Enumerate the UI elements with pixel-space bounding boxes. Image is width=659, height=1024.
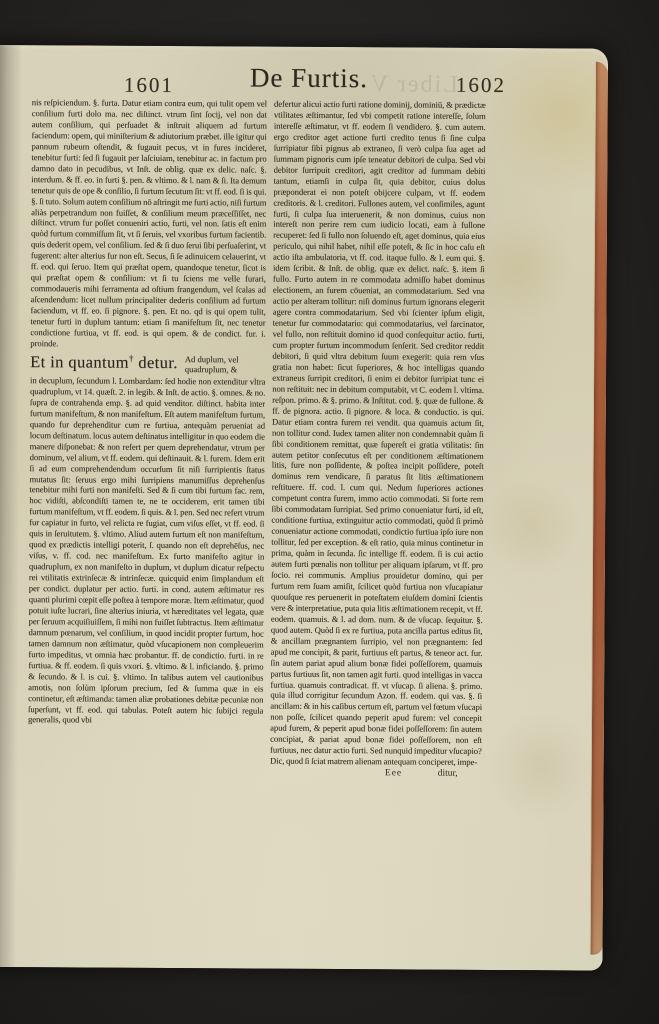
book-photo: Liber V 1601 De Furtis. 1602 nis reſpici… [0, 0, 659, 1024]
left-column-paragraph-2: in decuplum, ſecundum l. Lombardam: ſed … [28, 375, 265, 727]
catchword: ditur, [438, 769, 458, 779]
signature-mark: Eee [385, 768, 402, 778]
gutter-shadow [0, 45, 22, 967]
book-fore-edge [590, 62, 608, 955]
signature-line: Eee ditur, [270, 768, 482, 783]
page-number-left: 1601 [124, 73, 174, 98]
section-heading: Et in quantum† detur. [30, 352, 178, 373]
right-column-paragraph: defertur alicui actio furti ratione domi… [270, 99, 486, 768]
section-heading-text-2: detur. [134, 353, 178, 372]
page-scan: Liber V 1601 De Furtis. 1602 nis reſpici… [0, 45, 608, 971]
section-heading-row: 6 Et in quantum† detur. Ad duplum, velqu… [30, 352, 265, 374]
heading-side-text: Ad duplum, velquadruplum, & [178, 353, 239, 374]
section-heading-text: Et in quantum [30, 352, 129, 372]
heading-side-line-1: Ad duplum, vel [185, 354, 239, 364]
left-column-paragraph-1: nis reſpiciendum. §. furta. Datur etiam … [30, 97, 267, 350]
right-column: defertur alicui actio furti ratione domi… [269, 99, 486, 938]
left-column: nis reſpiciendum. §. furta. Datur etiam … [27, 97, 267, 936]
heading-side-line-2: quadruplum, & [185, 364, 238, 374]
running-title: De Furtis. [250, 62, 368, 94]
text-columns: nis reſpiciendum. §. furta. Datur etiam … [27, 97, 486, 938]
page-number-right: 1602 [456, 73, 506, 98]
